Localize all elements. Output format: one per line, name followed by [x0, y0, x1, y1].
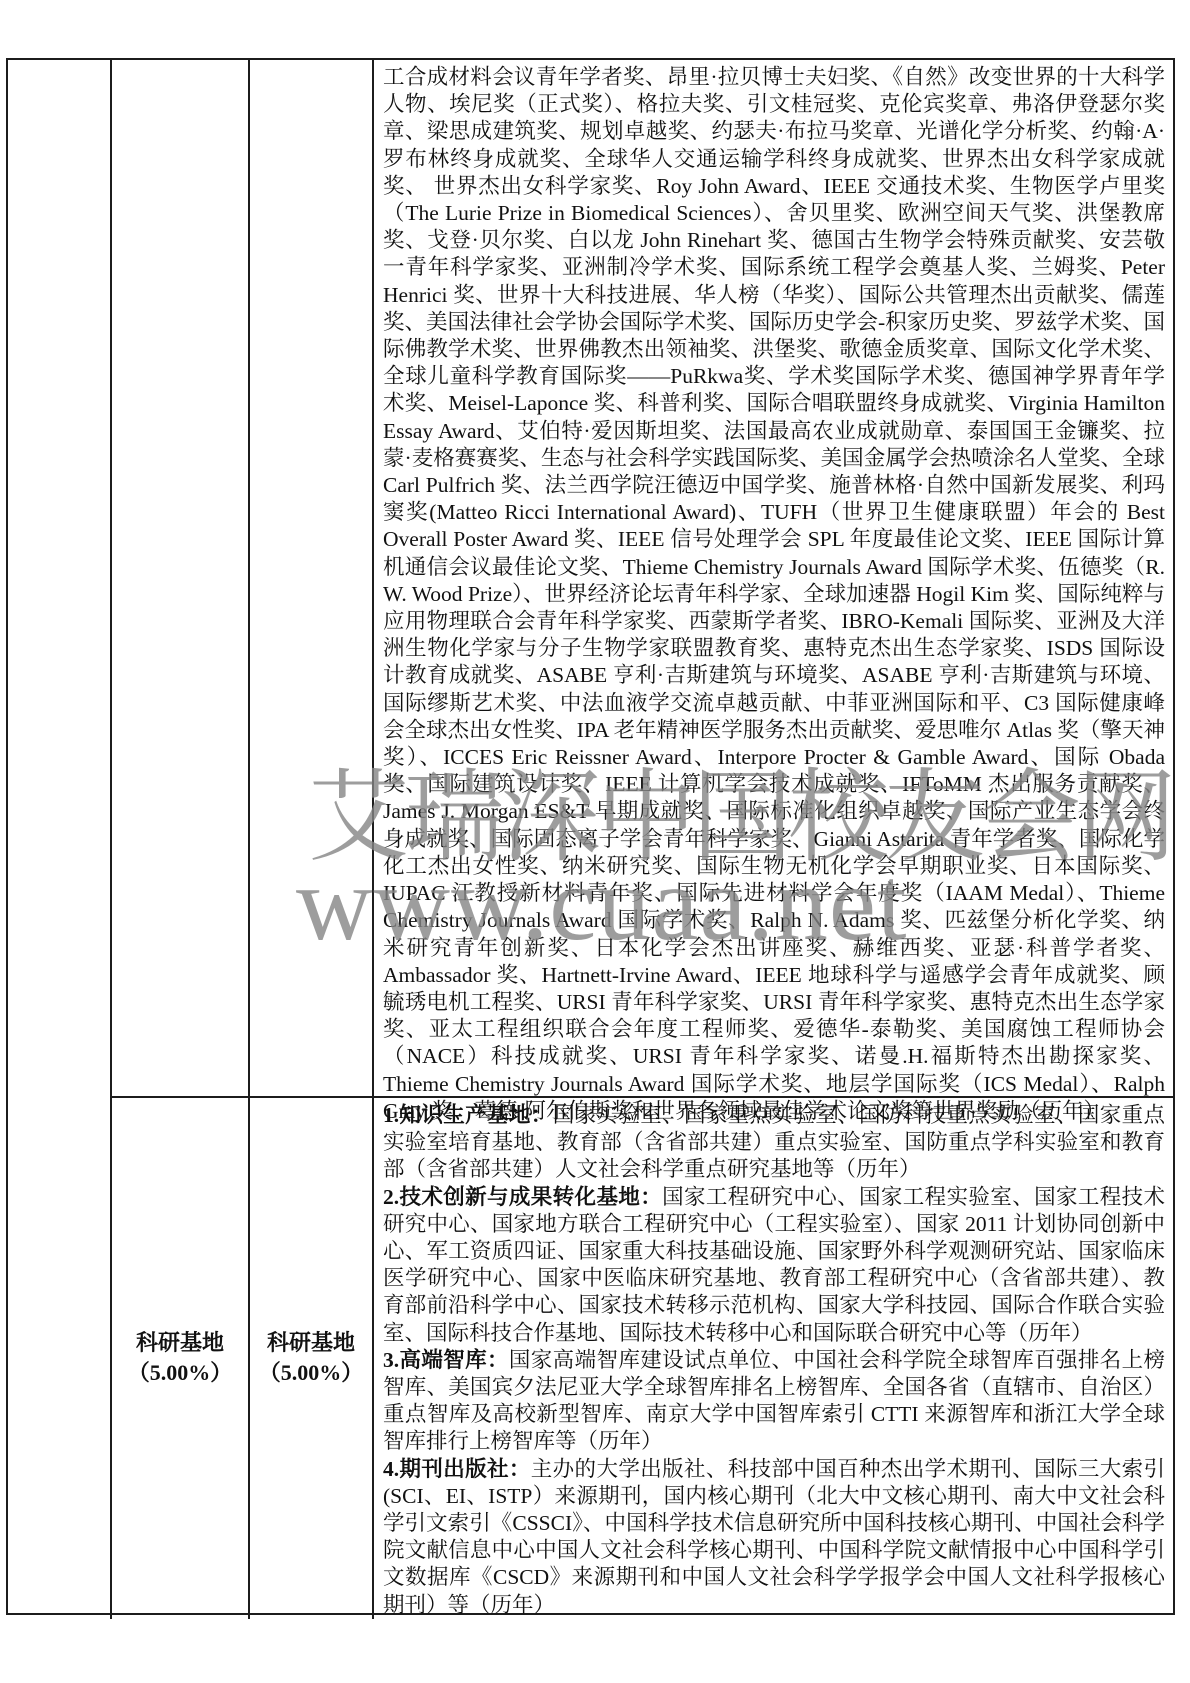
- ranking-methodology-table: 工合成材料会议青年学者奖、昂里·拉贝博士夫妇奖、《自然》改变世界的十大科学人物、…: [6, 58, 1175, 1615]
- base-item-3-lead: 3.高端智库：: [383, 1348, 509, 1372]
- base-item-1-lead: 1.知识生产基地：: [383, 1103, 553, 1127]
- indicator-cell-keyanjidi: 科研基地 （5.00%）: [112, 1096, 250, 1619]
- category-cell-empty: [8, 60, 112, 1619]
- base-item-2-lead: 2.技术创新与成果转化基地：: [383, 1185, 662, 1209]
- indicator-cell-continued: [112, 60, 250, 1096]
- base-item-journals-press: 4.期刊出版社：主办的大学出版社、科技部中国百种杰出学术期刊、国际三大索引(SC…: [383, 1456, 1165, 1619]
- base-item-knowledge-production: 1.知识生产基地：国家实验室、国家重点实验室、国防科技重点实验室、国家重点实验室…: [383, 1102, 1165, 1184]
- base-item-tech-innovation: 2.技术创新与成果转化基地：国家工程研究中心、国家工程实验室、国家工程技术研究中…: [383, 1184, 1165, 1347]
- awards-list-cell: 工合成材料会议青年学者奖、昂里·拉贝博士夫妇奖、《自然》改变世界的十大科学人物、…: [374, 60, 1173, 1096]
- subindicator-title: 科研基地: [267, 1328, 355, 1358]
- indicator-title: 科研基地: [136, 1328, 224, 1358]
- research-bases-detail-cell: 1.知识生产基地：国家实验室、国家重点实验室、国防科技重点实验室、国家重点实验室…: [374, 1096, 1173, 1619]
- awards-list-text: 工合成材料会议青年学者奖、昂里·拉贝博士夫妇奖、《自然》改变世界的十大科学人物、…: [383, 64, 1165, 1125]
- indicator-percent: （5.00%）: [128, 1358, 233, 1388]
- base-item-think-tanks: 3.高端智库：国家高端智库建设试点单位、中国社会科学院全球智库百强排名上榜智库、…: [383, 1347, 1165, 1456]
- base-item-4-lead: 4.期刊出版社：: [383, 1457, 531, 1481]
- subindicator-cell-keyanjidi: 科研基地 （5.00%）: [250, 1096, 374, 1619]
- subindicator-percent: （5.00%）: [259, 1358, 364, 1388]
- subindicator-cell-continued: [250, 60, 374, 1096]
